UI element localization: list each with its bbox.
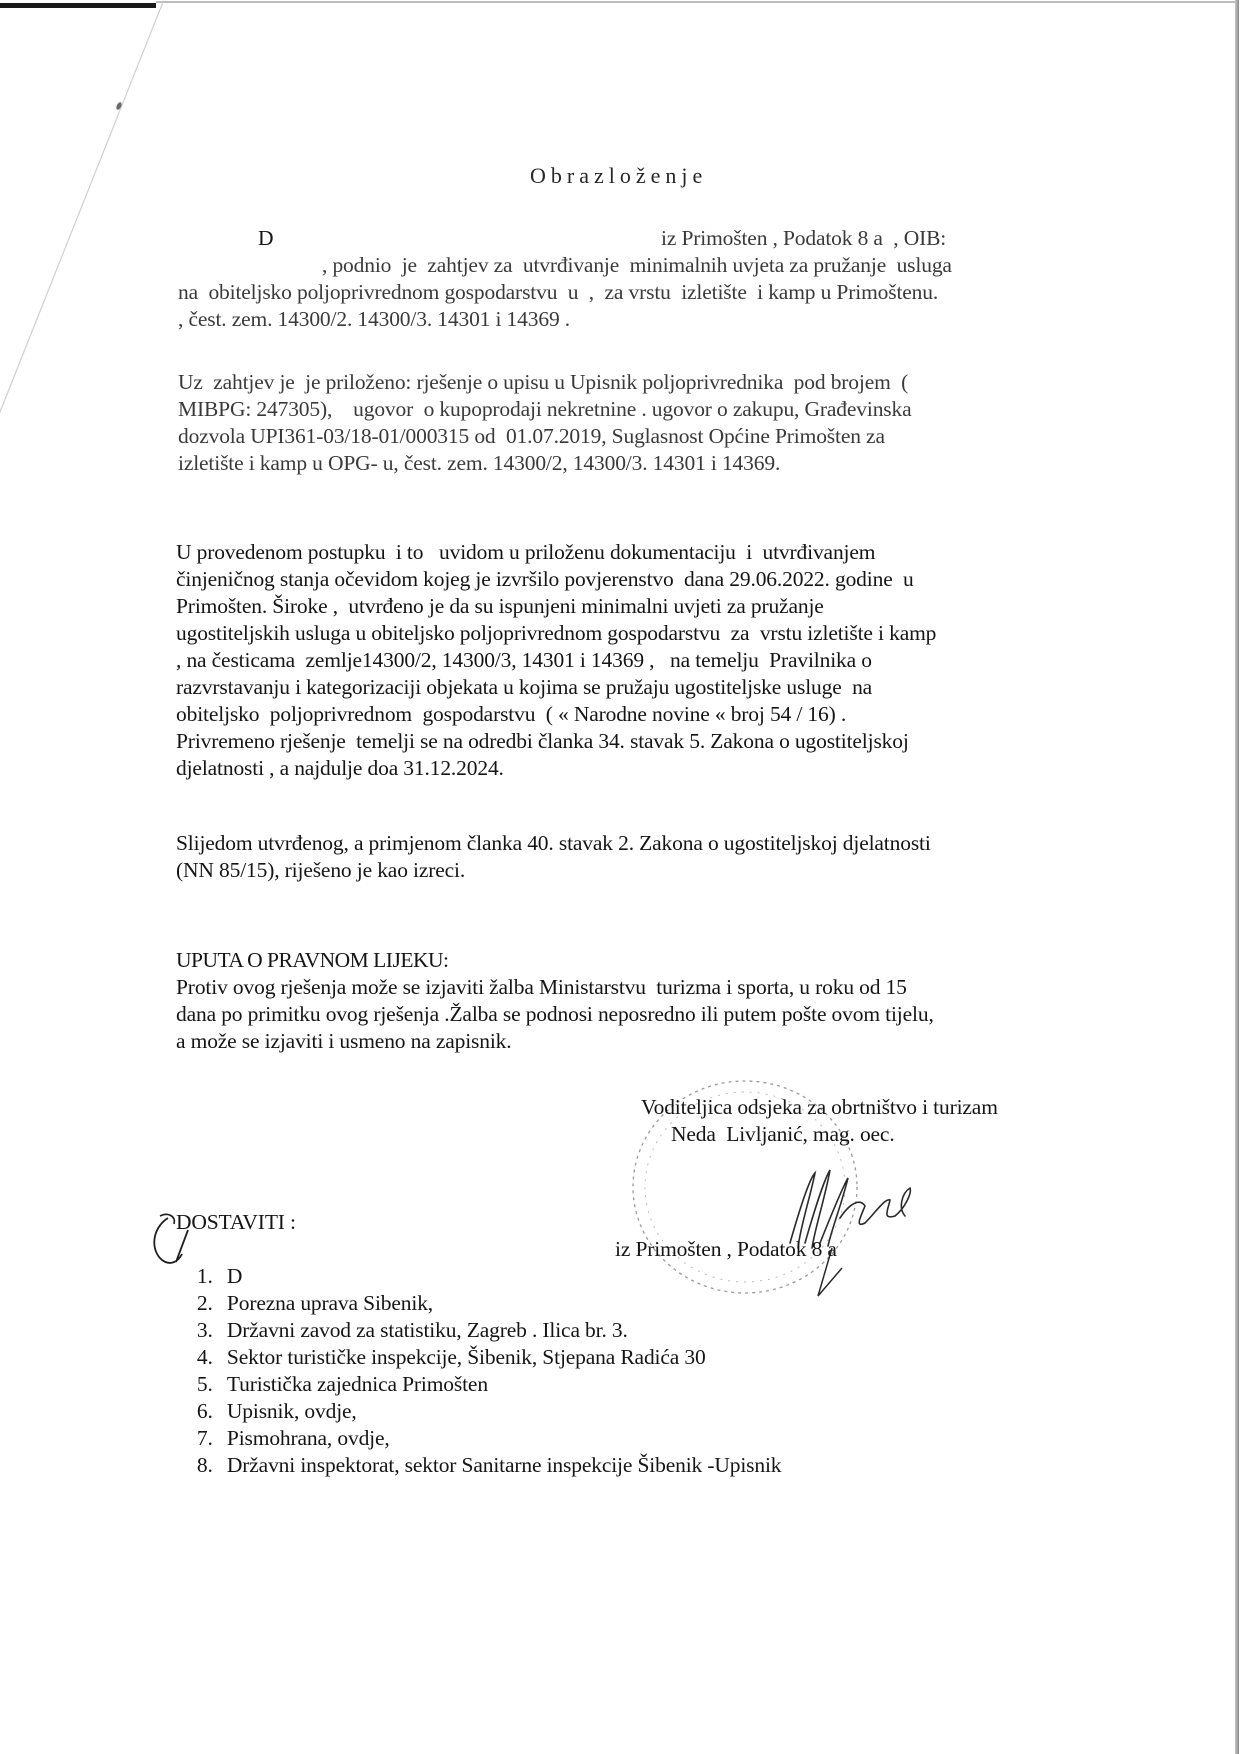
handwritten-signature: [770, 1148, 930, 1298]
delivery-item-address: iz Primošten , Podatok 8 a: [615, 1236, 837, 1263]
signatory-role: Voditeljica odsjeka za obrtništvo i turi…: [641, 1094, 998, 1121]
attachments-line: MIBPG: 247305), ugovor o kupoprodaji nek…: [178, 396, 912, 423]
delivery-item: 8.Državni inspektorat, sektor Sanitarne …: [176, 1425, 781, 1506]
scanned-document-page: Obrazloženje D iz Primošten , Podatok 8 …: [0, 0, 1240, 1754]
attachments-line: dozvola UPI361-03/18-01/000315 od 01.07.…: [178, 423, 885, 450]
scan-right-edge: [1235, 0, 1239, 1754]
attachments-line: izletište i kamp u OPG- u, čest. zem. 14…: [178, 450, 780, 477]
delivery-item-text: Državni inspektorat, sektor Sanitarne in…: [227, 1453, 782, 1477]
legal-remedy-line: a može se izjaviti i usmeno na zapisnik.: [176, 1028, 512, 1055]
scan-top-edge: [156, 1, 1236, 3]
procedure-line: razvrstavanju i kategorizaciji objekata …: [176, 674, 872, 701]
intro-line-3: na obiteljsko poljoprivrednom gospodarst…: [178, 279, 938, 306]
procedure-line: Primošten. Široke , utvrđeno je da su is…: [176, 593, 824, 620]
legal-remedy-line: Protiv ovog rješenja može se izjaviti ža…: [176, 974, 907, 1001]
procedure-line: Privremeno rješenje temelji se na odredb…: [176, 728, 909, 755]
applicant-address: iz Primošten , Podatok 8 a , OIB:: [661, 225, 946, 252]
procedure-line: obiteljsko poljoprivrednom gospodarstvu …: [176, 701, 846, 728]
procedure-line: ugostiteljskih usluga u obiteljsko poljo…: [176, 620, 936, 647]
procedure-line: , na česticama zemlje14300/2, 14300/3, 1…: [176, 647, 872, 674]
legal-remedy-heading: UPUTA O PRAVNOM LIJEKU:: [176, 947, 448, 974]
attachments-line: Uz zahtjev je je priloženo: rješenje o u…: [178, 369, 908, 396]
procedure-line: U provedenom postupku i to uvidom u pril…: [176, 539, 875, 566]
delivery-item-number: 8.: [197, 1452, 227, 1479]
procedure-line: činjeničnog stanja očevidom kojeg je izv…: [176, 566, 914, 593]
conclusion-line: (NN 85/15), riješeno je kao izreci.: [176, 857, 465, 884]
conclusion-line: Slijedom utvrđenog, a primjenom članka 4…: [176, 830, 931, 857]
scan-fold-line: [0, 0, 170, 420]
applicant-initial: D: [258, 225, 273, 252]
intro-line-2: , podnio je zahtjev za utvrđivanje minim…: [322, 252, 952, 279]
legal-remedy-line: dana po primitku ovog rješenja .Žalba se…: [176, 1001, 934, 1028]
intro-line-4: , čest. zem. 14300/2. 14300/3. 14301 i 1…: [178, 306, 570, 333]
signatory-name: Neda Livljanić, mag. oec.: [671, 1121, 895, 1148]
procedure-line: djelatnosti , a najdulje doa 31.12.2024.: [176, 755, 504, 782]
delivery-heading: DOSTAVITI :: [176, 1209, 296, 1236]
document-title: Obrazloženje: [530, 163, 707, 189]
